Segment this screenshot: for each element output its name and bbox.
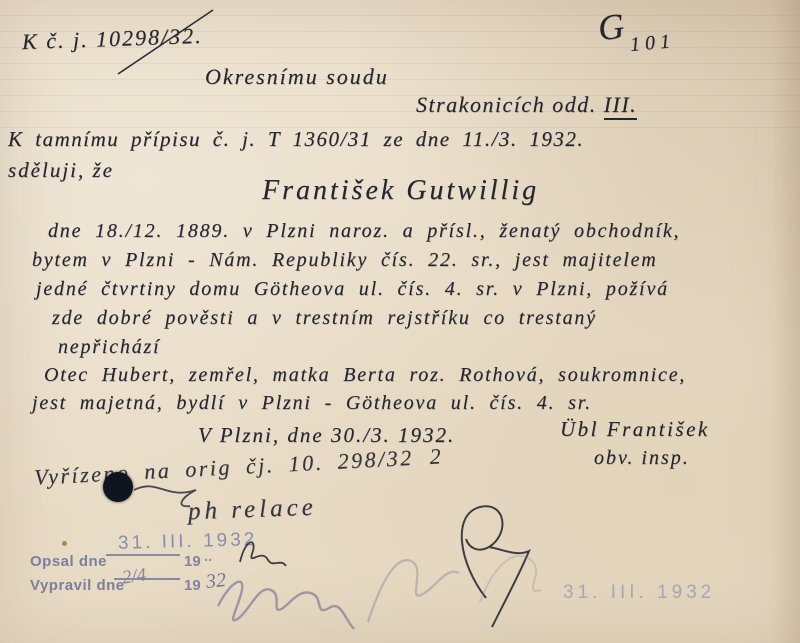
stamp-vypravil-day-handwritten: 2/4	[121, 564, 148, 589]
relace-swoosh-stroke	[134, 486, 196, 506]
exhibit-number: 101	[629, 30, 676, 57]
body-line: jest majetná, bydlí v Plzni - Götheova u…	[32, 392, 592, 415]
date-stamp-1: 31. III. 1932	[118, 529, 258, 555]
body-line: zde dobré pověsti a v trestním rejstříku…	[52, 307, 597, 330]
stamp-opsal-blank-line	[106, 554, 180, 556]
body-line: bytem v Plzni - Nám. Republiky čís. 22. …	[32, 249, 658, 272]
stamp-vypravil-year: 19	[184, 577, 201, 594]
exhibit-mark: G	[596, 5, 626, 49]
stamp-opsal-label: Opsal dne	[30, 553, 107, 570]
signer-title: obv. insp.	[594, 447, 690, 470]
addressee-line-2: Strakonicích odd. III.	[416, 92, 637, 118]
section-number: III.	[604, 92, 637, 120]
signer-name: Übl František	[560, 417, 710, 442]
stamp-vypravil-year-suffix: 32	[205, 569, 227, 594]
body-line: nepřichází	[58, 336, 160, 359]
ruled-lines-showthrough	[0, 0, 800, 138]
faint-pencil-scrawl-1	[368, 560, 459, 622]
body-line: dne 18./12. 1889. v Plzni naroz. a přísl…	[48, 220, 680, 243]
relace-note: ph relace	[188, 494, 318, 526]
body-line: jedné čtvrtiny domu Götheova ul. čís. 4.…	[36, 278, 669, 301]
processed-note-suffix: 2	[429, 443, 444, 469]
addressee-line-1: Okresnímu soudu	[205, 64, 389, 90]
addressee-court-place: Strakonicích odd.	[416, 92, 597, 117]
processed-note: Vyřízeno na orig čj. 10. 298/322	[34, 443, 444, 490]
stamp-opsal-year: 19	[184, 553, 201, 570]
paper-fleck	[62, 541, 67, 546]
file-reference-number: K č. j. 10298/32.	[22, 23, 203, 55]
pencil-signature	[218, 582, 354, 629]
scanned-document-page: K č. j. 10298/32. G 101 Okresnímu soudu …	[0, 0, 800, 643]
processed-note-text: Vyřízeno na orig čj. 10. 298/32	[34, 445, 415, 490]
signature-paraph-right	[462, 506, 529, 627]
hole-punch	[103, 472, 133, 502]
reference-line: K tamnímu přípisu č. j. T 1360/31 ze dne…	[8, 127, 584, 152]
intro-line: sděluji, že	[8, 158, 114, 183]
body-line: Otec Hubert, zemřel, matka Berta roz. Ro…	[44, 364, 686, 387]
subject-name: František Gutwillig	[262, 175, 539, 207]
stamp-vypravil-label: Vypravil dne	[30, 577, 125, 594]
date-stamp-2: 31. III. 1932	[563, 582, 715, 604]
faint-pencil-scrawl-2	[480, 556, 541, 602]
